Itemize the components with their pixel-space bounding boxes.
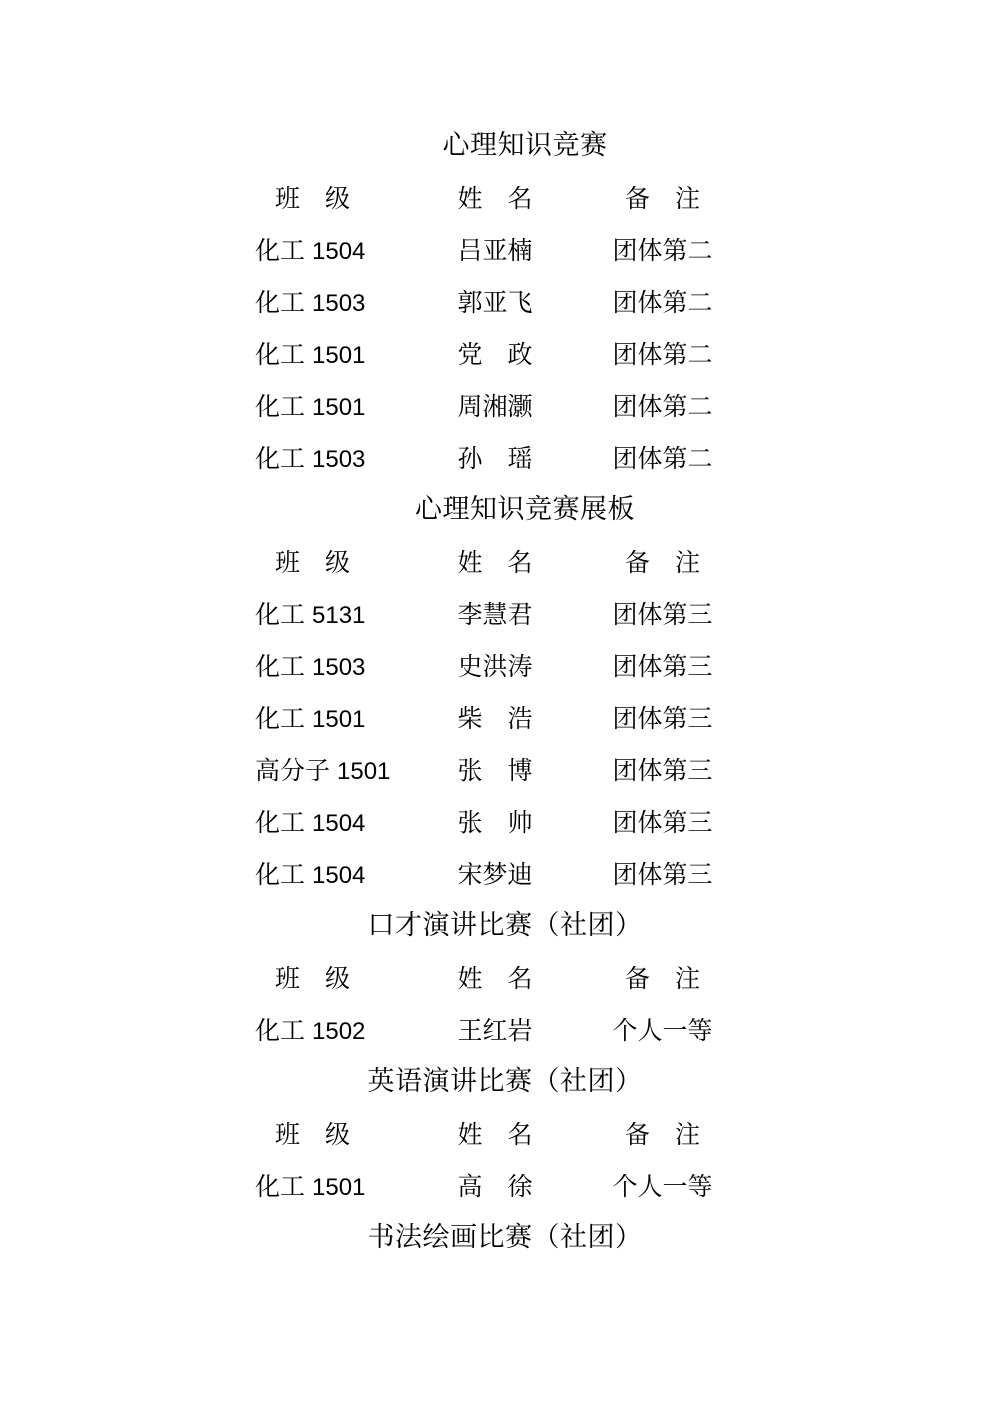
class-prefix: 化工 <box>255 394 305 421</box>
remark-cell: 个人一等 <box>570 1011 755 1047</box>
class-prefix: 化工 <box>255 654 305 681</box>
remark-cell: 团体第三 <box>570 751 755 787</box>
name-cell: 吕亚楠 <box>420 231 570 267</box>
remark-cell: 个人一等 <box>570 1167 755 1203</box>
class-number: 1501 <box>337 758 390 785</box>
column-header-name: 姓 名 <box>420 959 570 995</box>
class-prefix: 化工 <box>255 238 305 265</box>
name-cell: 李慧君 <box>420 595 570 631</box>
name-cell: 史洪涛 <box>420 647 570 683</box>
section-title-eloquence-speech: 口才演讲比赛（社团） <box>255 899 755 951</box>
remark-cell: 团体第二 <box>570 439 755 475</box>
remark-cell: 团体第二 <box>570 231 755 267</box>
name-cell: 郭亚飞 <box>420 283 570 319</box>
column-header-remark: 备 注 <box>570 959 755 995</box>
column-header-class: 班 级 <box>255 179 420 215</box>
remark-cell: 团体第三 <box>570 595 755 631</box>
class-number: 1501 <box>312 1174 365 1201</box>
class-prefix: 化工 <box>255 1018 305 1045</box>
section-title-english-speech: 英语演讲比赛（社团） <box>255 1055 755 1107</box>
column-header-remark: 备 注 <box>570 543 755 579</box>
remark-cell: 团体第三 <box>570 647 755 683</box>
column-header-class: 班 级 <box>255 543 420 579</box>
name-cell: 党 政 <box>420 335 570 371</box>
name-cell: 张 帅 <box>420 803 570 839</box>
name-cell: 宋梦迪 <box>420 855 570 891</box>
document-page: 心理知识竞赛 班 级 姓 名 备 注 化工1504 吕亚楠 团体第二 化工150… <box>0 0 992 1403</box>
document-body: 心理知识竞赛 班 级 姓 名 备 注 化工1504 吕亚楠 团体第二 化工150… <box>255 0 755 1263</box>
class-number: 1501 <box>312 394 365 421</box>
table-row: 化工1504 张 帅 团体第三 <box>255 795 755 847</box>
remark-cell: 团体第三 <box>570 803 755 839</box>
name-cell: 孙 瑶 <box>420 439 570 475</box>
name-cell: 柴 浩 <box>420 699 570 735</box>
class-cell: 化工1503 <box>255 283 420 319</box>
table-row: 化工1504 吕亚楠 团体第二 <box>255 223 755 275</box>
class-cell: 高分子1501 <box>255 751 420 787</box>
class-cell: 化工1502 <box>255 1011 420 1047</box>
table-row: 化工1503 孙 瑶 团体第二 <box>255 431 755 483</box>
class-prefix: 化工 <box>255 446 305 473</box>
remark-cell: 团体第二 <box>570 283 755 319</box>
class-cell: 化工1501 <box>255 387 420 423</box>
class-number: 1501 <box>312 706 365 733</box>
column-header-remark: 备 注 <box>570 179 755 215</box>
table-header-row: 班 级 姓 名 备 注 <box>255 535 755 587</box>
class-prefix: 化工 <box>255 810 305 837</box>
class-number: 1501 <box>312 342 365 369</box>
table-row: 化工1501 党 政 团体第二 <box>255 327 755 379</box>
column-header-name: 姓 名 <box>420 1115 570 1151</box>
table-row: 高分子1501 张 博 团体第三 <box>255 743 755 795</box>
class-prefix: 化工 <box>255 602 305 629</box>
class-prefix: 高分子 <box>255 758 330 785</box>
table-header-row: 班 级 姓 名 备 注 <box>255 1107 755 1159</box>
table-row: 化工1501 周湘灏 团体第二 <box>255 379 755 431</box>
class-number: 1504 <box>312 810 365 837</box>
class-cell: 化工1503 <box>255 439 420 475</box>
name-cell: 高 徐 <box>420 1167 570 1203</box>
column-header-name: 姓 名 <box>420 179 570 215</box>
class-number: 1503 <box>312 654 365 681</box>
class-prefix: 化工 <box>255 862 305 889</box>
table-row: 化工1501 高 徐 个人一等 <box>255 1159 755 1211</box>
section-title-calligraphy-painting: 书法绘画比赛（社团） <box>255 1211 755 1263</box>
class-number: 1503 <box>312 290 365 317</box>
class-number: 5131 <box>312 602 365 629</box>
name-cell: 张 博 <box>420 751 570 787</box>
remark-cell: 团体第三 <box>570 855 755 891</box>
class-prefix: 化工 <box>255 342 305 369</box>
column-header-remark: 备 注 <box>570 1115 755 1151</box>
section-title-psych-quiz-board: 心理知识竞赛展板 <box>275 483 775 535</box>
column-header-name: 姓 名 <box>420 543 570 579</box>
table-header-row: 班 级 姓 名 备 注 <box>255 171 755 223</box>
table-row: 化工1502 王红岩 个人一等 <box>255 1003 755 1055</box>
table-row: 化工5131 李慧君 团体第三 <box>255 587 755 639</box>
class-cell: 化工1504 <box>255 803 420 839</box>
name-cell: 周湘灏 <box>420 387 570 423</box>
class-cell: 化工1504 <box>255 855 420 891</box>
table-header-row: 班 级 姓 名 备 注 <box>255 951 755 1003</box>
class-prefix: 化工 <box>255 290 305 317</box>
remark-cell: 团体第二 <box>570 387 755 423</box>
column-header-class: 班 级 <box>255 1115 420 1151</box>
class-cell: 化工1501 <box>255 1167 420 1203</box>
class-cell: 化工1501 <box>255 335 420 371</box>
class-prefix: 化工 <box>255 1174 305 1201</box>
class-number: 1504 <box>312 238 365 265</box>
class-prefix: 化工 <box>255 706 305 733</box>
class-cell: 化工1503 <box>255 647 420 683</box>
name-cell: 王红岩 <box>420 1011 570 1047</box>
table-row: 化工1504 宋梦迪 团体第三 <box>255 847 755 899</box>
remark-cell: 团体第二 <box>570 335 755 371</box>
section-title-psych-quiz: 心理知识竞赛 <box>275 119 775 171</box>
class-cell: 化工5131 <box>255 595 420 631</box>
table-row: 化工1501 柴 浩 团体第三 <box>255 691 755 743</box>
table-row: 化工1503 史洪涛 团体第三 <box>255 639 755 691</box>
column-header-class: 班 级 <box>255 959 420 995</box>
table-row: 化工1503 郭亚飞 团体第二 <box>255 275 755 327</box>
class-number: 1502 <box>312 1018 365 1045</box>
class-number: 1504 <box>312 862 365 889</box>
class-number: 1503 <box>312 446 365 473</box>
class-cell: 化工1501 <box>255 699 420 735</box>
remark-cell: 团体第三 <box>570 699 755 735</box>
class-cell: 化工1504 <box>255 231 420 267</box>
